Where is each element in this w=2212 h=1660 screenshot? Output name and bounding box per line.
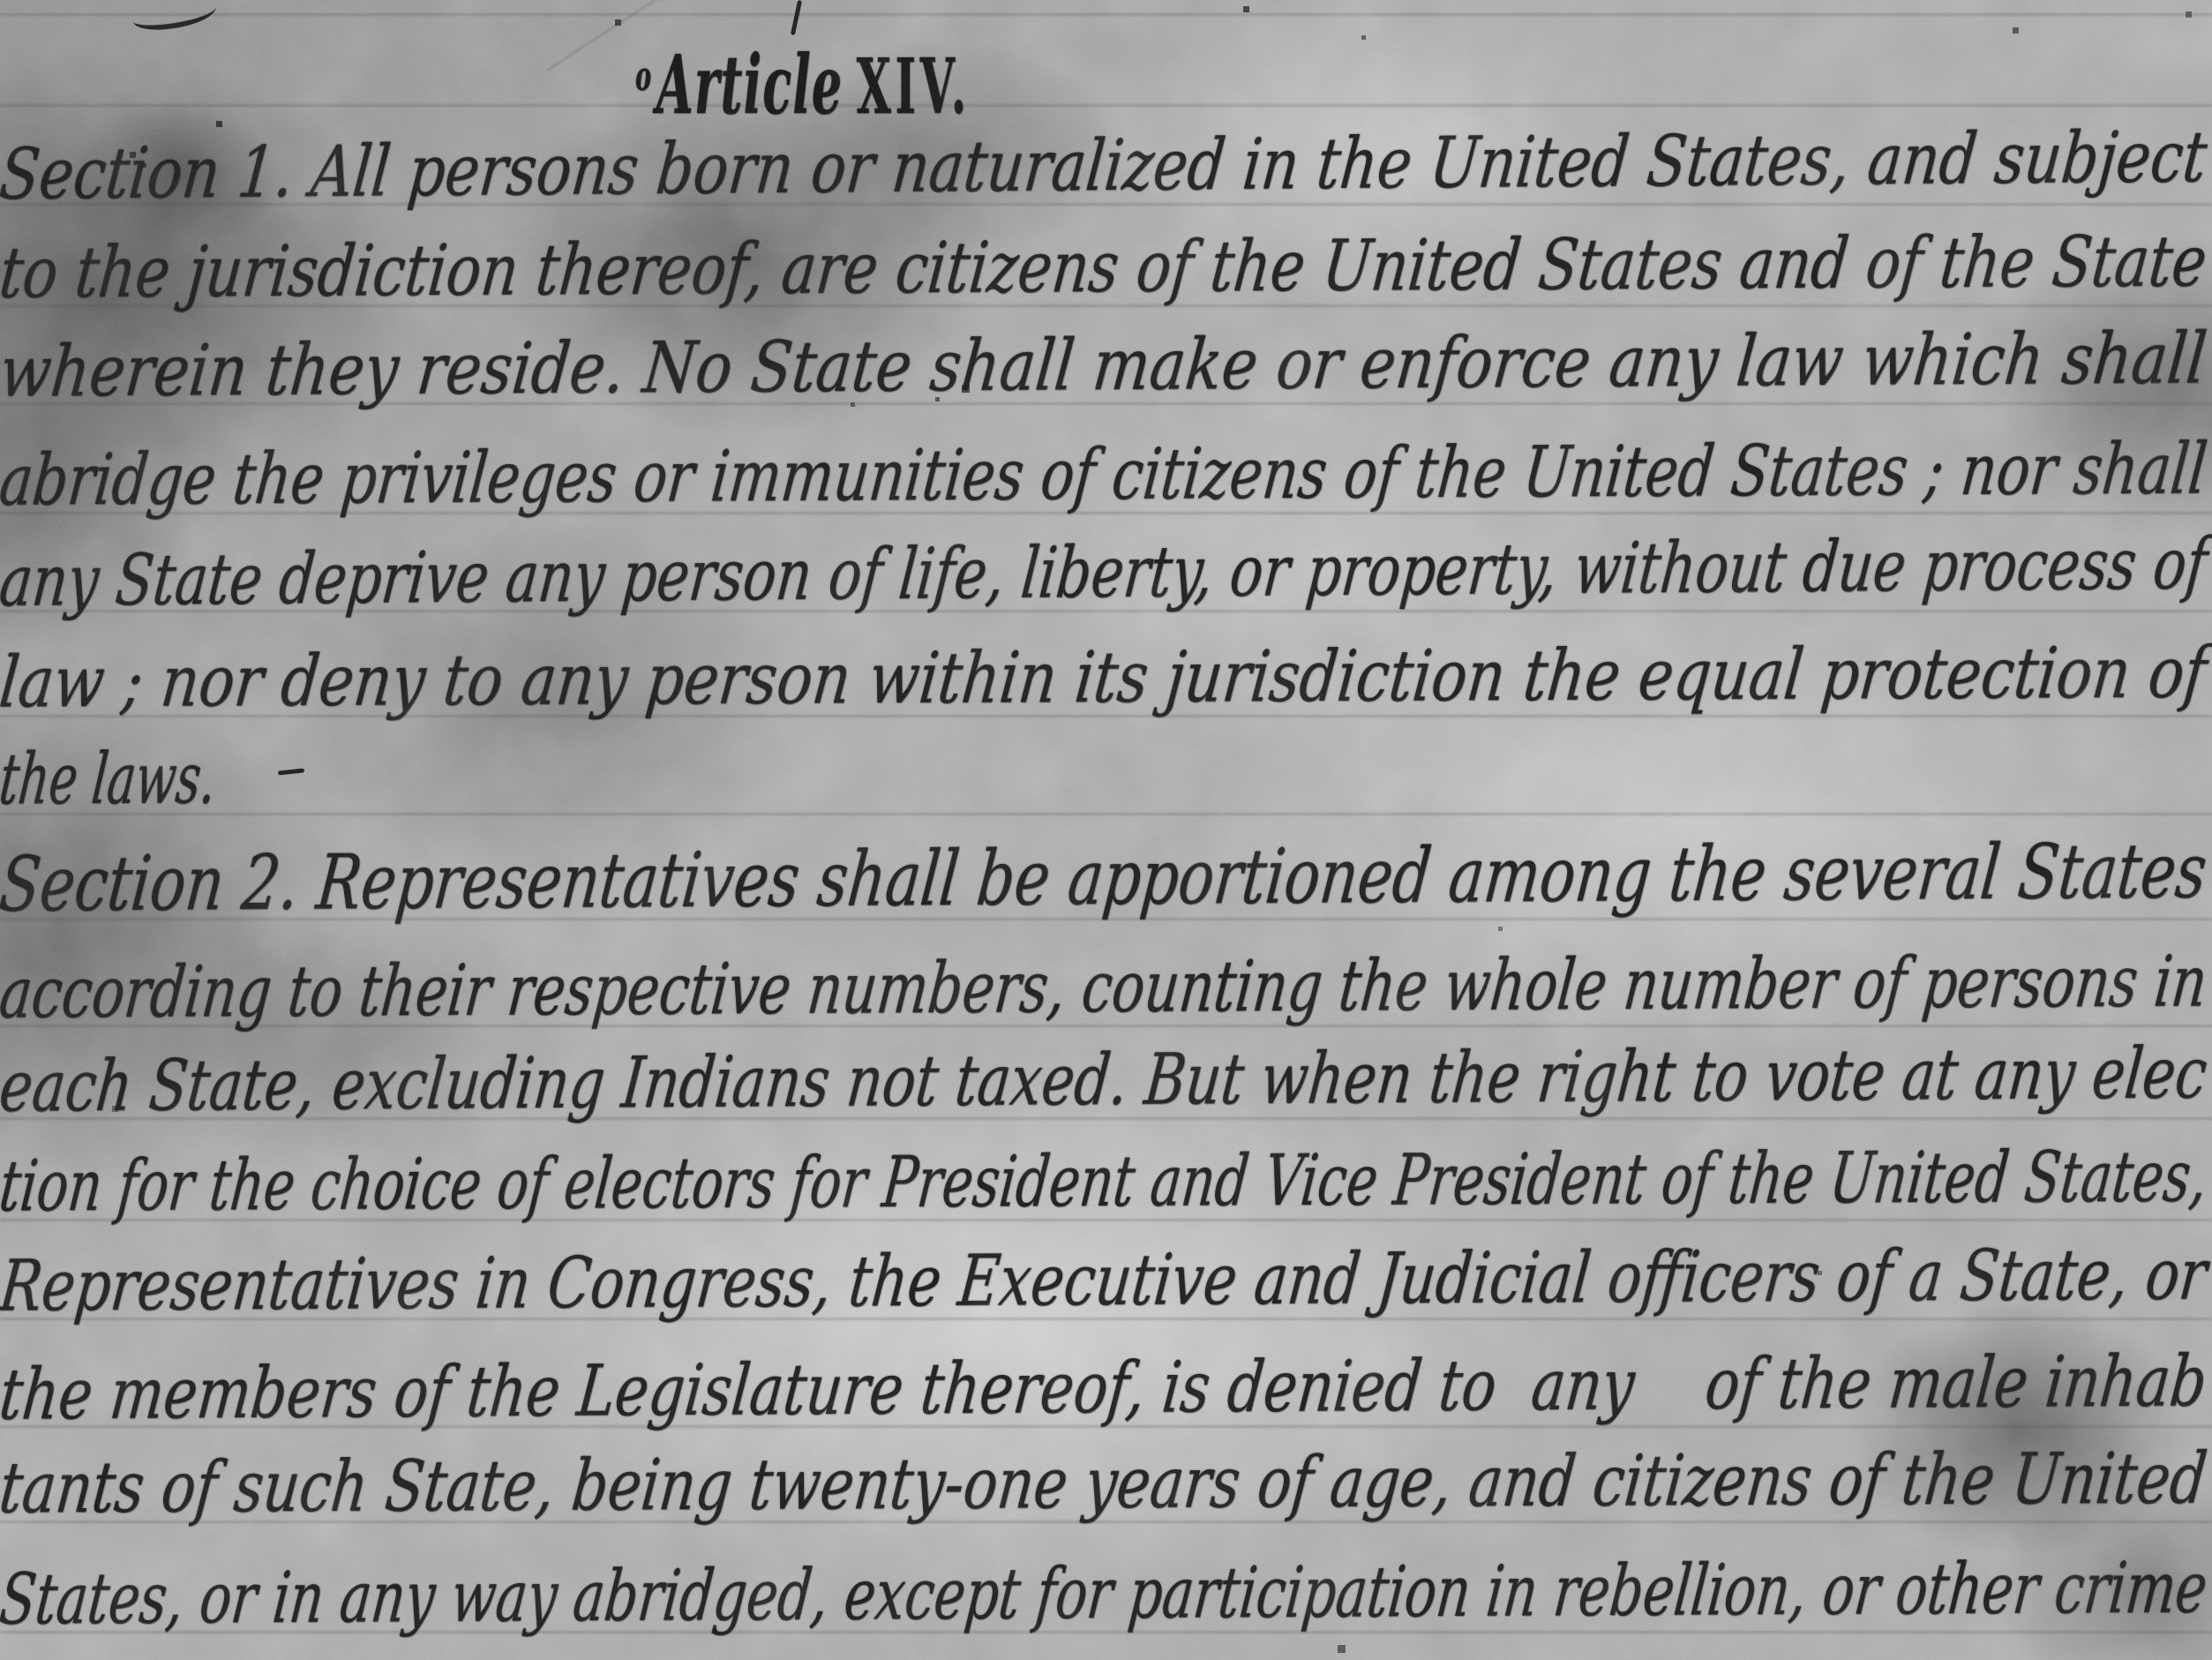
ruled-line (0, 13, 2212, 16)
manuscript-line: Section 1. All persons born or naturaliz… (0, 122, 2212, 210)
manuscript-line: States, or in any way abridged, except f… (0, 1552, 2212, 1634)
manuscript-line: Section 2. Representatives shall be appo… (0, 833, 2212, 922)
article-title: oArticleXIV. (618, 30, 1207, 139)
manuscript-page: oArticleXIV. Section 1. All persons born… (0, 0, 2212, 1660)
manuscript-line: to the jurisdiction thereof, are citizen… (0, 226, 2212, 308)
manuscript-line: Representatives in Congress, the Executi… (0, 1239, 2212, 1321)
title-word-article: Article (656, 37, 844, 132)
manuscript-line: any State deprive any person of life, li… (0, 529, 2212, 617)
manuscript-line: law ; nor deny to any person within its … (0, 638, 2212, 718)
manuscript-line: each State, excluding Indians not taxed.… (0, 1038, 2212, 1122)
manuscript-line: tants of such State, being twenty-one ye… (0, 1444, 2212, 1524)
cut-stroke-top-left (131, 0, 218, 34)
manuscript-line: according to their respective numbers, c… (0, 946, 2212, 1028)
manuscript-line: the laws. (0, 737, 2212, 815)
manuscript-line: abridge the privileges or immunities of … (0, 433, 2212, 515)
manuscript-line: wherein they reside. No State shall make… (0, 323, 2212, 407)
ink-specks (0, 0, 1, 1)
title-roman-numeral: XIV. (857, 42, 971, 131)
title-flourish: o (635, 52, 651, 100)
manuscript-line: the members of the Legislature thereof, … (0, 1346, 2212, 1430)
manuscript-line: tion for the choice of electors for Pres… (0, 1142, 2212, 1222)
